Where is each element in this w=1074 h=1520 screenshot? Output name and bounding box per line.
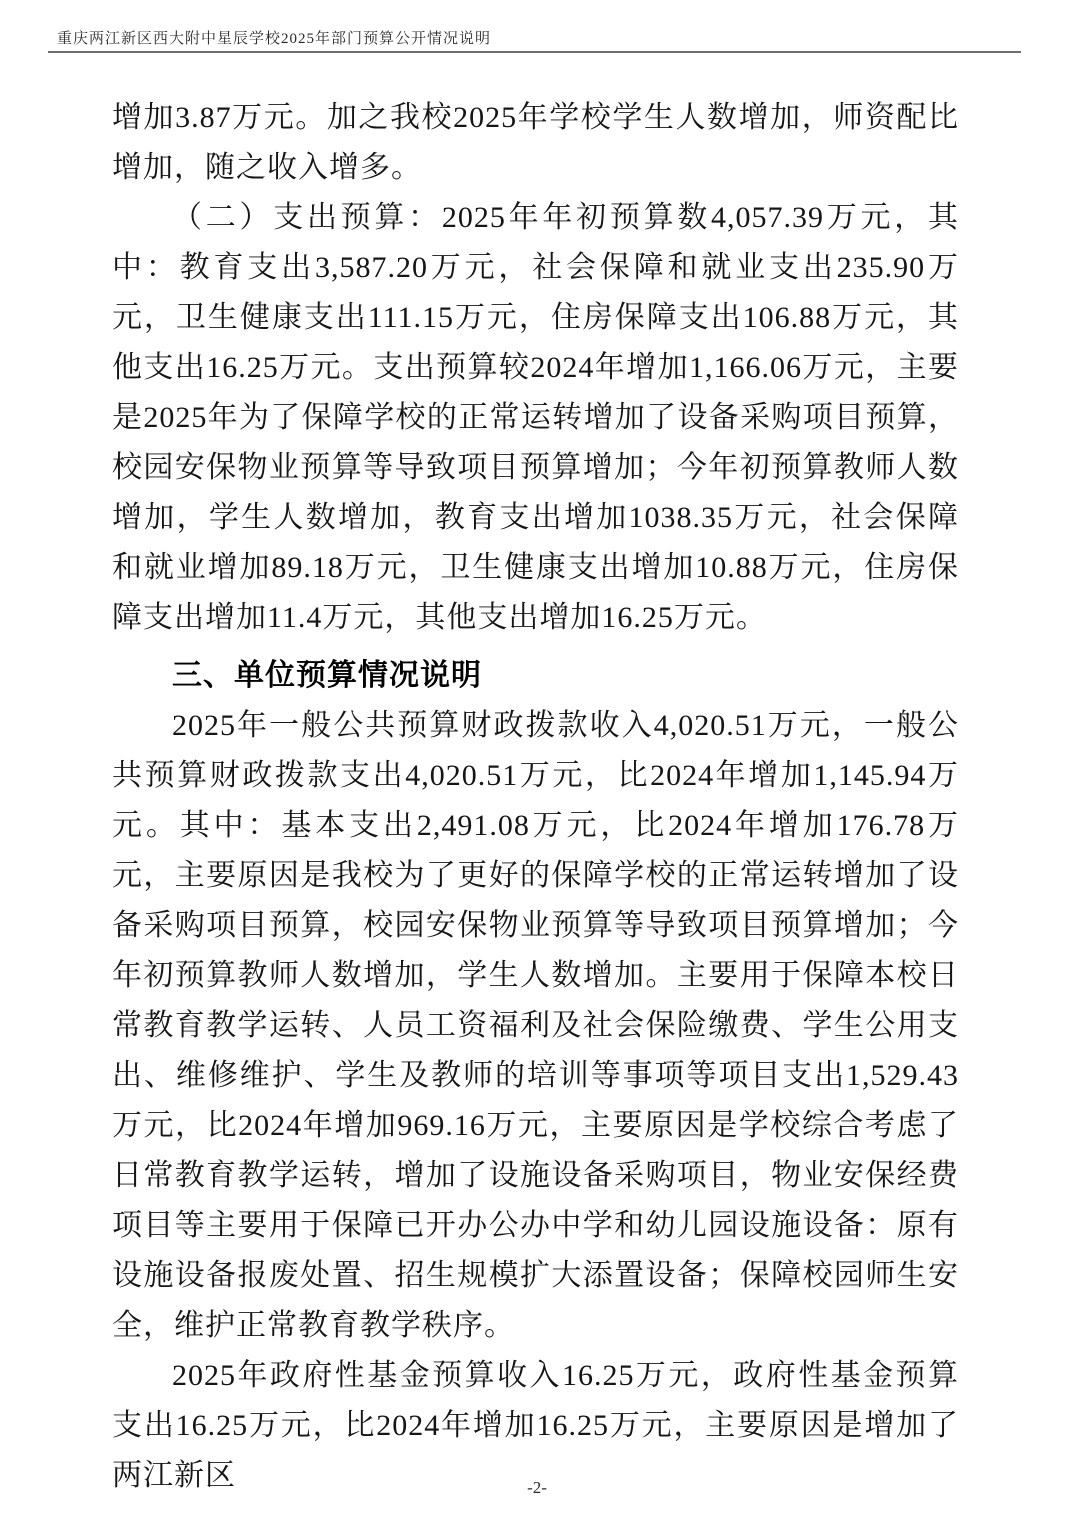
- header-divider: [48, 51, 1021, 53]
- paragraph-expenditure-budget: （二）支出预算：2025年年初预算数4,057.39万元，其中：教育支出3,58…: [112, 193, 959, 643]
- section-heading: 三、单位预算情况说明: [112, 651, 959, 701]
- paragraph-unit-budget: 2025年一般公共预算财政拨款收入4,020.51万元，一般公共预算财政拨款支出…: [112, 701, 959, 1351]
- page-footer: -2-: [0, 1478, 1074, 1498]
- document-content: 增加3.87万元。加之我校2025年学校学生人数增加，师资配比增加，随之收入增多…: [112, 93, 959, 1501]
- header-title: 重庆两江新区西大附中星辰学校2025年部门预算公开情况说明: [57, 27, 491, 48]
- paragraph-continuation: 增加3.87万元。加之我校2025年学校学生人数增加，师资配比增加，随之收入增多…: [112, 93, 959, 193]
- document-page: 重庆两江新区西大附中星辰学校2025年部门预算公开情况说明 增加3.87万元。加…: [0, 0, 1074, 1520]
- page-number: -2-: [527, 1478, 547, 1497]
